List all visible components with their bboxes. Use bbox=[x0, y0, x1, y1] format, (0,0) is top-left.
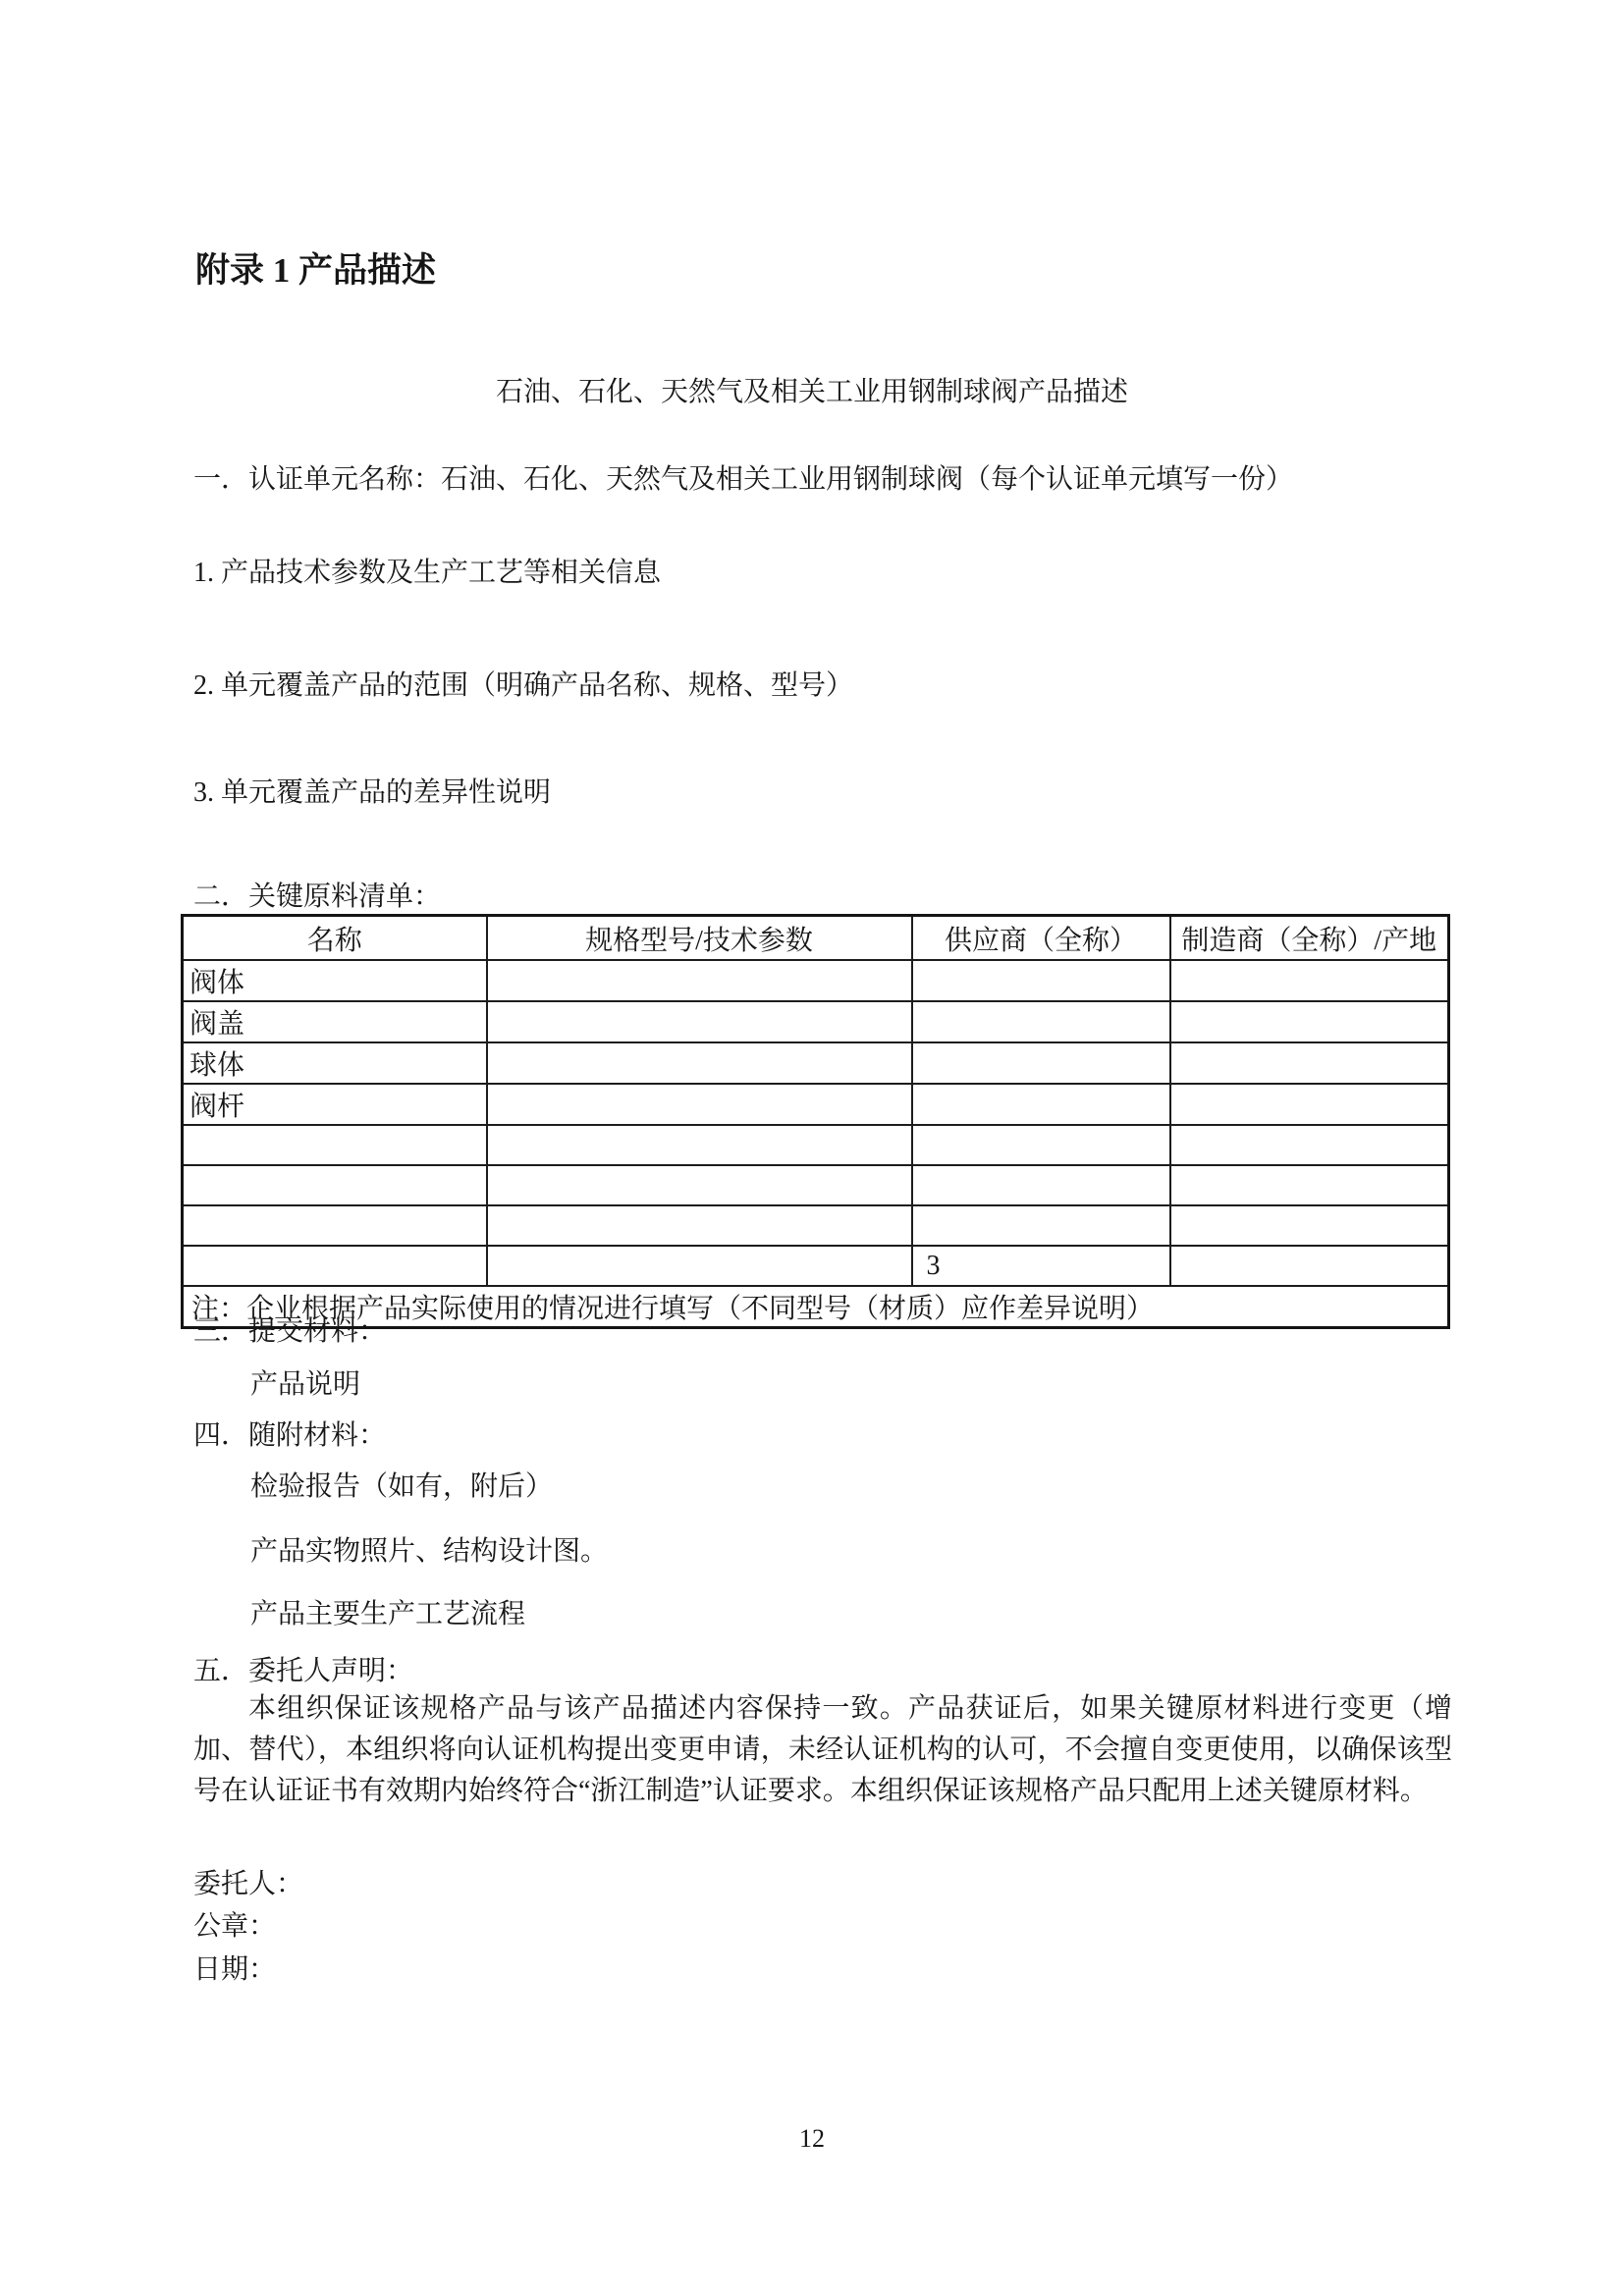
signature-label-seal: 公章： bbox=[193, 1904, 276, 1944]
cell-spec bbox=[487, 1001, 912, 1042]
declaration-paragraph: 本组织保证该规格产品与该产品描述内容保持一致。产品获证后，如果关键原材料进行变更… bbox=[193, 1688, 1452, 1812]
cell-name: 球体 bbox=[183, 1042, 487, 1084]
cell-supplier: 3 bbox=[912, 1246, 1170, 1286]
table-row: 阀杆 bbox=[183, 1084, 1449, 1125]
section-3-heading: 三．提交材料： bbox=[193, 1309, 386, 1349]
section-4-heading: 四．随附材料： bbox=[193, 1414, 386, 1453]
cell-spec bbox=[487, 1165, 912, 1205]
cell-supplier bbox=[912, 1125, 1170, 1165]
cell-manufacturer bbox=[1170, 1001, 1449, 1042]
table-row bbox=[183, 1165, 1449, 1205]
cell-supplier bbox=[912, 1205, 1170, 1246]
cell-name bbox=[183, 1205, 487, 1246]
cell-manufacturer bbox=[1170, 1165, 1449, 1205]
section-1-heading: 一．认证单元名称：石油、石化、天然气及相关工业用钢制球阀（每个认证单元填写一份） bbox=[193, 457, 1293, 497]
table-row: 3 bbox=[183, 1246, 1449, 1286]
cell-name: 阀杆 bbox=[183, 1084, 487, 1125]
table-row bbox=[183, 1205, 1449, 1246]
cell-manufacturer bbox=[1170, 1205, 1449, 1246]
cell-spec bbox=[487, 1042, 912, 1084]
cell-name bbox=[183, 1125, 487, 1165]
cell-manufacturer bbox=[1170, 960, 1449, 1001]
cell-name: 阀盖 bbox=[183, 1001, 487, 1042]
page-number: 12 bbox=[0, 2124, 1624, 2154]
header-name: 名称 bbox=[183, 916, 487, 961]
cell-supplier bbox=[912, 1165, 1170, 1205]
submit-material-item: 产品说明 bbox=[250, 1362, 360, 1402]
cell-manufacturer bbox=[1170, 1084, 1449, 1125]
table-row: 阀体 bbox=[183, 960, 1449, 1001]
cell-name: 阀体 bbox=[183, 960, 487, 1001]
cell-supplier bbox=[912, 1084, 1170, 1125]
table-row bbox=[183, 1125, 1449, 1165]
table-row: 阀盖 bbox=[183, 1001, 1449, 1042]
signature-label-principal: 委托人： bbox=[193, 1862, 303, 1901]
cell-manufacturer bbox=[1170, 1125, 1449, 1165]
cell-supplier bbox=[912, 1001, 1170, 1042]
cell-supplier bbox=[912, 1042, 1170, 1084]
section-5-heading: 五．委托人声明： bbox=[193, 1649, 413, 1688]
table-row: 球体 bbox=[183, 1042, 1449, 1084]
cell-manufacturer bbox=[1170, 1246, 1449, 1286]
header-spec: 规格型号/技术参数 bbox=[487, 916, 912, 961]
key-materials-table: 名称 规格型号/技术参数 供应商（全称） 制造商（全称）/产地 阀体 阀盖 球体… bbox=[181, 914, 1450, 1329]
header-manufacturer: 制造商（全称）/产地 bbox=[1170, 916, 1449, 961]
table-header-row: 名称 规格型号/技术参数 供应商（全称） 制造商（全称）/产地 bbox=[183, 916, 1449, 961]
cell-name bbox=[183, 1246, 487, 1286]
numbered-item-2: 2. 单元覆盖产品的范围（明确产品名称、规格、型号） bbox=[193, 664, 853, 703]
attached-material-item-2: 产品实物照片、结构设计图。 bbox=[250, 1529, 608, 1569]
attached-material-item-3: 产品主要生产工艺流程 bbox=[250, 1592, 525, 1631]
document-page: 附录 1 产品描述 石油、石化、天然气及相关工业用钢制球阀产品描述 一．认证单元… bbox=[0, 0, 1624, 2296]
section-2-heading: 二．关键原料清单： bbox=[193, 875, 441, 914]
cell-spec bbox=[487, 1084, 912, 1125]
numbered-item-3: 3. 单元覆盖产品的差异性说明 bbox=[193, 771, 551, 810]
cell-spec bbox=[487, 1125, 912, 1165]
attached-material-item-1: 检验报告（如有，附后） bbox=[250, 1465, 553, 1504]
cell-spec bbox=[487, 1205, 912, 1246]
signature-label-date: 日期： bbox=[193, 1948, 276, 1987]
cell-supplier bbox=[912, 960, 1170, 1001]
numbered-item-1: 1. 产品技术参数及生产工艺等相关信息 bbox=[193, 551, 661, 590]
appendix-title: 附录 1 产品描述 bbox=[195, 243, 436, 293]
cell-manufacturer bbox=[1170, 1042, 1449, 1084]
product-description-subtitle: 石油、石化、天然气及相关工业用钢制球阀产品描述 bbox=[0, 370, 1624, 409]
header-supplier: 供应商（全称） bbox=[912, 916, 1170, 961]
cell-spec bbox=[487, 1246, 912, 1286]
cell-name bbox=[183, 1165, 487, 1205]
cell-spec bbox=[487, 960, 912, 1001]
